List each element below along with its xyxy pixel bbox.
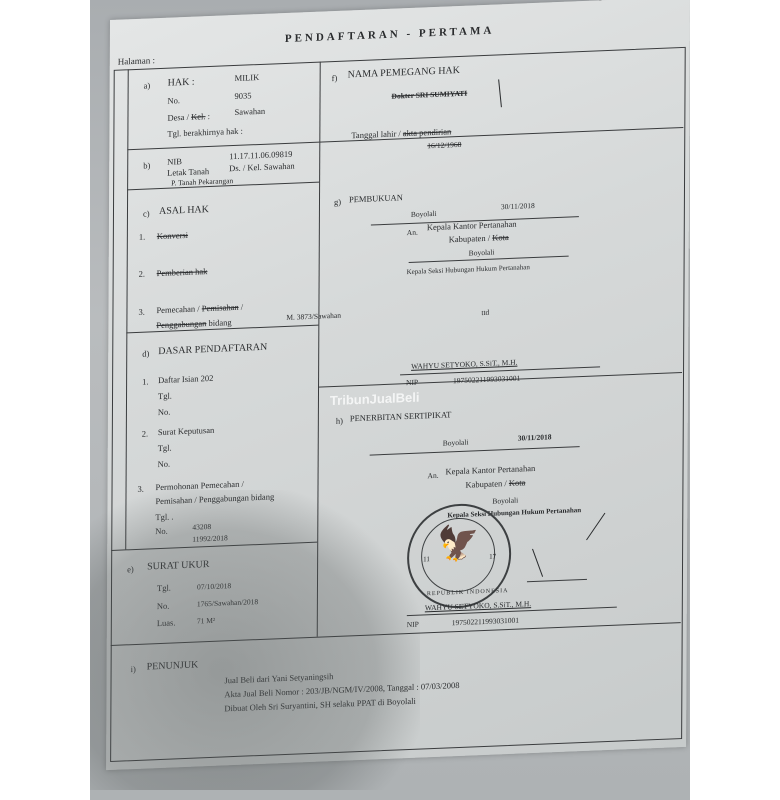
penunjuk-heading: PENUNJUK	[147, 659, 199, 672]
surat-ukur-tgl-label: Tgl.	[157, 583, 171, 594]
surat-keputusan-tgl: Tgl.	[158, 443, 172, 454]
section-penunjuk: i) PENUNJUK Jual Beli dari Yani Setyanin…	[110, 0, 690, 20]
section-d-label: d)	[142, 348, 149, 358]
permohonan-no: No.	[155, 526, 168, 537]
section-f-label: f)	[332, 73, 338, 83]
page-title: PENDAFTARAN - PERTAMA	[285, 25, 495, 45]
letak-tanah-label: Letak Tanah	[167, 166, 209, 178]
asal-item-number: 1.	[139, 232, 145, 242]
section-asal-hak: c) ASAL HAK 1. Konversi 2. Pemberian hak…	[110, 0, 690, 20]
section-h-label: h)	[336, 416, 343, 426]
section-nama-pemegang-hak: f) NAMA PEMEGANG HAK Dokter SRI SUMIYATI…	[110, 0, 690, 20]
hak-number: 9035	[235, 90, 252, 101]
section-e-label: e)	[127, 564, 134, 574]
surat-keputusan-no: No.	[158, 459, 171, 470]
asal-item-number: 3.	[138, 307, 144, 317]
halaman-label: Halaman :	[118, 55, 155, 66]
birth-date: 16/12/1968	[427, 140, 461, 150]
permohonan-no-value: 11992/2018	[192, 533, 228, 543]
section-a-label: a)	[144, 80, 151, 90]
asal-pemberian-hak: Pemberian hak	[157, 266, 208, 278]
hak-value: MILIK	[235, 72, 260, 83]
asal-konversi: Konversi	[157, 230, 188, 241]
section-surat-ukur: e) SURAT UKUR Tgl. 07/10/2018 No. 1765/S…	[110, 0, 690, 20]
dasar-item-number: 1.	[142, 376, 148, 386]
stamp-right-number: 17	[489, 552, 496, 560]
section-b-label: b)	[143, 160, 150, 170]
luas-value: 71 M²	[197, 616, 215, 626]
asal-item-number: 2.	[139, 269, 145, 279]
section-g-label: g)	[334, 197, 341, 207]
no-label: No.	[168, 95, 181, 106]
nip-label: NIP	[406, 378, 418, 387]
section-penerbitan-sertipikat: h) PENERBITAN SERTIPIKAT Boyolali 30/11/…	[110, 0, 690, 20]
desa-value: Sawahan	[234, 106, 265, 117]
section-dasar-pendaftaran: d) DASAR PENDAFTARAN 1. Daftar Isian 202…	[110, 0, 690, 20]
stamp-left-number: 11	[423, 555, 430, 563]
pembukuan-place: Boyolali	[411, 209, 437, 219]
hak-label: HAK :	[168, 77, 195, 89]
section-c-label: c)	[143, 208, 150, 218]
pembukuan-date: 30/11/2018	[501, 201, 535, 211]
permohonan-tgl-value: 43208	[192, 522, 211, 532]
garuda-emblem-icon: 🦅	[437, 527, 480, 563]
section-i-label: i)	[131, 664, 136, 674]
section-pembukuan: g) PEMBUKUAN Boyolali 30/11/2018 An. Kep…	[110, 0, 690, 20]
penerbitan-date: 30/11/2018	[518, 432, 552, 442]
nip-label: NIP	[407, 620, 419, 629]
document-photo: Halaman PENDAFTARAN - PERTAMA Halaman : …	[90, 0, 690, 800]
surat-ukur-no-label: No.	[157, 601, 170, 612]
daftar-isian-no: No.	[158, 407, 171, 418]
asal-hak-heading: ASAL HAK	[159, 204, 209, 217]
dasar-item-number: 2.	[142, 428, 148, 438]
daftar-isian-tgl: Tgl.	[158, 391, 172, 402]
permohonan-tgl: Tgl. .	[155, 511, 173, 522]
certificate-page: PENDAFTARAN - PERTAMA Halaman : a) HAK :…	[106, 0, 690, 770]
surat-ukur-date: 07/10/2018	[197, 581, 231, 591]
section-nib: b) NIB 11.17.11.06.09819 Letak Tanah Ds.…	[110, 0, 690, 20]
an-label: An.	[428, 471, 439, 480]
an-label: An.	[407, 228, 418, 237]
desa-label: Desa / Kel. :	[167, 111, 210, 123]
nib-label: NIB	[167, 156, 182, 167]
penerbitan-region: Boyolali	[492, 496, 518, 506]
section-hak: a) HAK : MILIK No. 9035 Desa / Kel. : Sa…	[110, 0, 690, 20]
dasar-item-number: 3.	[138, 484, 144, 494]
pembukuan-region: Boyolali	[469, 248, 495, 258]
penerbitan-place: Boyolali	[443, 438, 469, 448]
signed-mark: ttd	[481, 308, 489, 317]
luas-label: Luas.	[157, 617, 176, 628]
